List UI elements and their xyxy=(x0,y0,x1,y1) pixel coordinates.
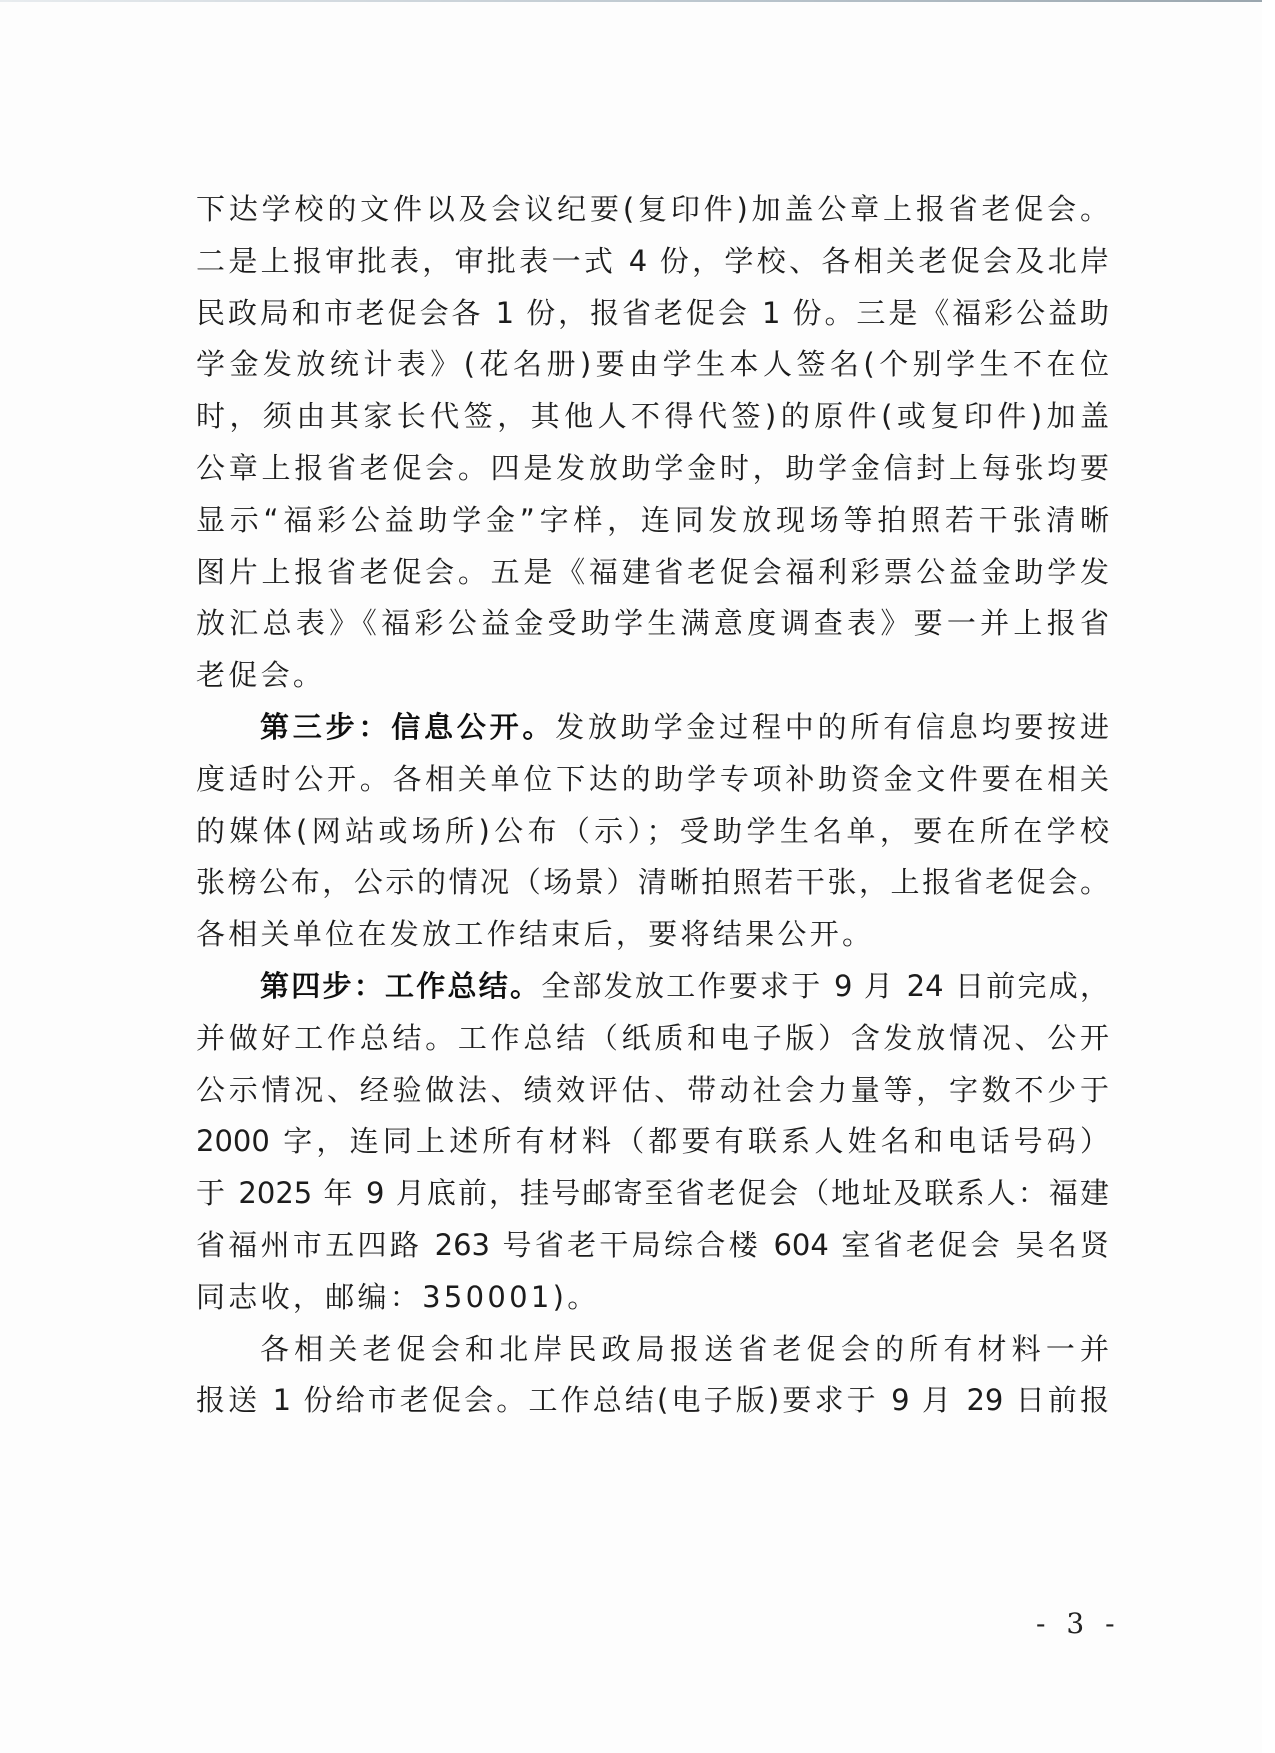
step-three-line: 第三步：信息公开。发放助学金过程中的所有信息均要按进 xyxy=(196,702,1109,754)
step-three-text: 发放助学金过程中的所有信息均要按进 xyxy=(555,710,1109,744)
document-page: 下达学校的文件以及会议纪要(复印件)加盖公章上报省老促会。 二是上报审批表，审批… xyxy=(0,0,1262,1753)
text-line-19: 2000 字，连同上述所有材料（都要有联系人姓名和电话号码） xyxy=(196,1116,1109,1168)
text-line-17: 并做好工作总结。工作总结（纸质和电子版）含发放情况、公开 xyxy=(196,1013,1109,1065)
text-line-22: 同志收，邮编：350001)。 xyxy=(196,1272,1109,1324)
text-line-4: 学金发放统计表》(花名册)要由学生本人签名(个别学生不在位 xyxy=(196,339,1109,391)
text-line-18: 公示情况、经验做法、绩效评估、带动社会力量等，字数不少于 xyxy=(196,1065,1109,1117)
document-body: 下达学校的文件以及会议纪要(复印件)加盖公章上报省老促会。 二是上报审批表，审批… xyxy=(196,184,1109,1427)
step-four-heading: 第四步：工作总结。 xyxy=(260,969,541,1003)
text-line-23: 各相关老促会和北岸民政局报送省老促会的所有材料一并 xyxy=(196,1324,1109,1376)
text-line-6: 公章上报省老促会。四是发放助学金时，助学金信封上每张均要 xyxy=(196,443,1109,495)
text-line-9: 放汇总表》《福彩公益金受助学生满意度调查表》要一并上报省 xyxy=(196,598,1109,650)
text-line-10: 老促会。 xyxy=(196,650,1109,702)
text-line-7: 显示“福彩公益助学金”字样，连同发放现场等拍照若干张清晰 xyxy=(196,495,1109,547)
text-line-21: 省福州市五四路 263 号省老干局综合楼 604 室省老促会 吴名贤 xyxy=(196,1220,1109,1272)
scan-margin-right xyxy=(1262,0,1275,1753)
text-line-12: 度适时公开。各相关单位下达的助学专项补助资金文件要在相关 xyxy=(196,754,1109,806)
step-three-heading: 第三步：信息公开。 xyxy=(260,710,555,744)
text-line-3: 民政局和市老促会各 1 份，报省老促会 1 份。三是《福彩公益助 xyxy=(196,288,1109,340)
text-line-24: 报送 1 份给市老促会。工作总结(电子版)要求于 9 月 29 日前报 xyxy=(196,1375,1109,1427)
step-four-text: 全部发放工作要求于 9 月 24 日前完成， xyxy=(541,969,1109,1003)
scan-edge-top xyxy=(0,0,1262,2)
text-line-15: 各相关单位在发放工作结束后，要将结果公开。 xyxy=(196,909,1109,961)
text-line-5: 时，须由其家长代签，其他人不得代签)的原件(或复印件)加盖 xyxy=(196,391,1109,443)
text-line-14: 张榜公布，公示的情况（场景）清晰拍照若干张，上报省老促会。 xyxy=(196,857,1109,909)
page-number: - 3 - xyxy=(1036,1607,1121,1640)
text-line-8: 图片上报省老促会。五是《福建省老促会福利彩票公益金助学发 xyxy=(196,547,1109,599)
step-four-line: 第四步：工作总结。全部发放工作要求于 9 月 24 日前完成， xyxy=(196,961,1109,1013)
text-line-13: 的媒体(网站或场所)公布（示）；受助学生名单，要在所在学校 xyxy=(196,806,1109,858)
text-line-2: 二是上报审批表，审批表一式 4 份，学校、各相关老促会及北岸 xyxy=(196,236,1109,288)
text-line-1: 下达学校的文件以及会议纪要(复印件)加盖公章上报省老促会。 xyxy=(196,184,1109,236)
text-line-20: 于 2025 年 9 月底前，挂号邮寄至省老促会（地址及联系人：福建 xyxy=(196,1168,1109,1220)
